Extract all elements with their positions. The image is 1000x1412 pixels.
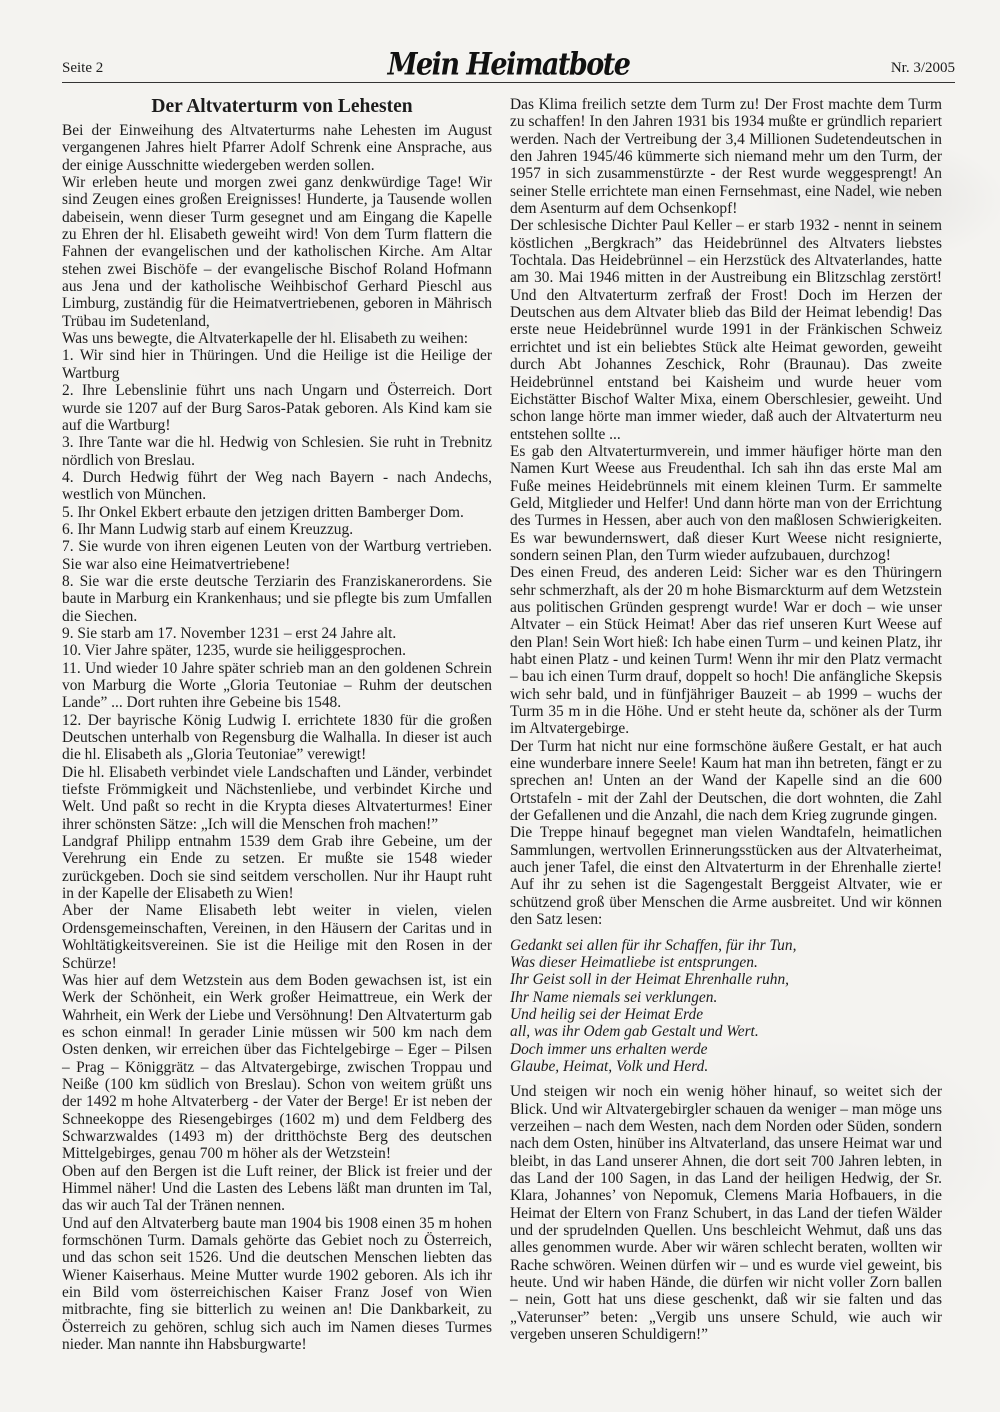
poem-line: Und heilig sei der Heimat Erde [510,1006,942,1023]
poem-block: Gedankt sei allen für ihr Schaffen, für … [510,937,942,1076]
poem-line: Doch immer uns erhalten werde [510,1041,942,1058]
page-number: Seite 2 [62,60,103,77]
paragraph: Der schlesische Dichter Paul Keller – er… [510,217,942,442]
list-item: 10. Vier Jahre später, 1235, wurde sie h… [62,642,492,659]
poem-line: all, was ihr Odem gab Gestalt und Wert. [510,1023,942,1040]
paragraph: Die Treppe hinauf begegnet man vielen Wa… [510,824,942,928]
list-item: 11. Und wieder 10 Jahre später schrieb m… [62,660,492,712]
paragraph: Aber der Name Elisabeth lebt weiter in v… [62,902,492,971]
paragraph: Bei der Einweihung des Altvaterturms nah… [62,122,492,174]
list-item: 8. Sie war die erste deutsche Terziarin … [62,573,492,625]
paragraph: Die hl. Elisabeth verbindet viele Landsc… [62,764,492,833]
right-column: Das Klima freilich setzte dem Turm zu! D… [510,96,942,1343]
issue-number: Nr. 3/2005 [891,60,955,77]
list-item: 9. Sie starb am 17. November 1231 – erst… [62,625,492,642]
paragraph: Oben auf den Bergen ist die Luft reiner,… [62,1163,492,1215]
article-title: Der Altvaterturm von Lehesten [62,96,492,118]
page-header: Seite 2 Mein Heimatbote Nr. 3/2005 [62,44,955,83]
list-item: 5. Ihr Onkel Ekbert erbaute den jetzigen… [62,504,492,521]
poem-line: Ihr Geist soll in der Heimat Ehrenhalle … [510,971,942,988]
paragraph: Und auf den Altvaterberg baute man 1904 … [62,1215,492,1354]
poem-line: Was dieser Heimatliebe ist entsprungen. [510,954,942,971]
list-item: 1. Wir sind hier in Thüringen. Und die H… [62,347,492,382]
list-item: 3. Ihre Tante war die hl. Hedwig von Sch… [62,434,492,469]
list-item: 12. Der bayrische König Ludwig I. errich… [62,712,492,764]
paragraph: Der Turm hat nicht nur eine formschöne ä… [510,738,942,825]
list-item: 2. Ihre Lebenslinie führt uns nach Ungar… [62,382,492,434]
paragraph: Es gab den Altvaterturmverein, und immer… [510,443,942,564]
paragraph: Was hier auf dem Wetzstein aus dem Boden… [62,972,492,1163]
poem-line: Ihr Name niemals sei verklungen. [510,989,942,1006]
masthead-logo: Mein Heimatbote [388,47,630,83]
list-item: 7. Sie wurde von ihren eigenen Leuten vo… [62,538,492,573]
paragraph: Das Klima freilich setzte dem Turm zu! D… [510,96,942,217]
paragraph: Was uns bewegte, die Altvaterkapelle der… [62,330,492,347]
list-item: 6. Ihr Mann Ludwig starb auf einem Kreuz… [62,521,492,538]
paragraph: Landgraf Philipp entnahm 1539 dem Grab i… [62,833,492,902]
list-item: 4. Durch Hedwig führt der Weg nach Bayer… [62,469,492,504]
poem-line: Glaube, Heimat, Volk und Herd. [510,1058,942,1075]
paragraph: Wir erleben heute und morgen zwei ganz d… [62,174,492,330]
left-column: Der Altvaterturm von Lehesten Bei der Ei… [62,96,492,1353]
paragraph: Und steigen wir noch ein wenig höher hin… [510,1083,942,1343]
paragraph: Des einen Freud, des anderen Leid: Siche… [510,564,942,737]
poem-line: Gedankt sei allen für ihr Schaffen, für … [510,937,942,954]
